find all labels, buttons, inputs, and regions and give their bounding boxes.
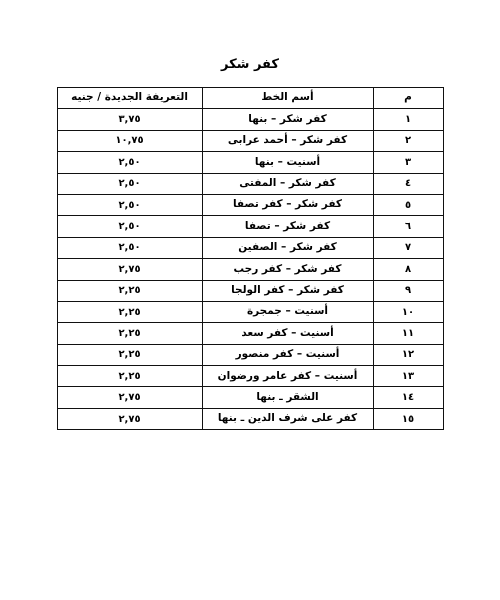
line-name-cell: كفر شكر – بنها [202,109,373,130]
table-row: ١٣أسنيت – كفر عامر ورضوان٢,٢٥ [57,366,443,387]
row-number-cell: ٤ [373,173,443,194]
fare-value-cell: ٢,٢٥ [57,344,202,365]
fare-value-cell: ٢,٧٥ [57,408,202,429]
table-row: ٦كفر شكر – تصفا٢,٥٠ [57,216,443,237]
table-row: ١كفر شكر – بنها٣,٧٥ [57,109,443,130]
row-number-cell: ٩ [373,280,443,301]
row-number-cell: ٥ [373,194,443,215]
table-row: ٩كفر شكر – كفر الولجا٢,٢٥ [57,280,443,301]
row-number-cell: ١٤ [373,387,443,408]
table-row: ٣أسنيت – بنها٢,٥٠ [57,152,443,173]
fare-value-cell: ٢,٥٠ [57,173,202,194]
column-header-number: م [373,88,443,109]
line-name-cell: كفر شكر – كفر الولجا [202,280,373,301]
line-name-cell: كفر شكر – الصفين [202,237,373,258]
table-row: ١٠أسنيت – جمجرة٢,٢٥ [57,301,443,322]
row-number-cell: ١٢ [373,344,443,365]
line-name-cell: أسنيت – بنها [202,152,373,173]
line-name-cell: كفر شكر – تصفا [202,216,373,237]
line-name-cell: أسنيت – جمجرة [202,301,373,322]
row-number-cell: ٧ [373,237,443,258]
fare-value-cell: ٢,٥٠ [57,194,202,215]
fare-value-cell: ٢,٧٥ [57,387,202,408]
row-number-cell: ١٣ [373,366,443,387]
column-header-fare: التعريفة الجديدة / جنيه [57,88,202,109]
row-number-cell: ٢ [373,130,443,151]
fare-value-cell: ٢,٢٥ [57,366,202,387]
row-number-cell: ٣ [373,152,443,173]
fare-value-cell: ٢,٥٠ [57,152,202,173]
table-row: ١٥كفر على شرف الدين ـ بنها٢,٧٥ [57,408,443,429]
table-row: ٤كفر شكر – المفتى٢,٥٠ [57,173,443,194]
line-name-cell: الشقر ـ بنها [202,387,373,408]
line-name-cell: أسنيت – كفر سعد [202,323,373,344]
line-name-cell: كفر شكر – المفتى [202,173,373,194]
row-number-cell: ١١ [373,323,443,344]
table-row: ٨كفر شكر – كفر رجب٢,٧٥ [57,259,443,280]
fare-value-cell: ٢,٢٥ [57,280,202,301]
line-name-cell: أسنيت – كفر منصور [202,344,373,365]
document-page: كفر شكر م أسم الخط التعريفة الجديدة / جن… [0,0,500,600]
table-row: ١١أسنيت – كفر سعد٢,٢٥ [57,323,443,344]
row-number-cell: ١٥ [373,408,443,429]
fare-value-cell: ١٠,٧٥ [57,130,202,151]
fare-value-cell: ٣,٧٥ [57,109,202,130]
fare-value-cell: ٢,٢٥ [57,301,202,322]
row-number-cell: ٦ [373,216,443,237]
table-row: ١٤الشقر ـ بنها٢,٧٥ [57,387,443,408]
fare-table: م أسم الخط التعريفة الجديدة / جنيه ١كفر … [57,87,444,430]
table-row: ١٢أسنيت – كفر منصور٢,٢٥ [57,344,443,365]
fare-value-cell: ٢,٧٥ [57,259,202,280]
column-header-line-name: أسم الخط [202,88,373,109]
row-number-cell: ٨ [373,259,443,280]
line-name-cell: أسنيت – كفر عامر ورضوان [202,366,373,387]
table-header-row: م أسم الخط التعريفة الجديدة / جنيه [57,88,443,109]
line-name-cell: كفر شكر – أحمد عرابى [202,130,373,151]
table-row: ٧كفر شكر – الصفين٢,٥٠ [57,237,443,258]
line-name-cell: كفر على شرف الدين ـ بنها [202,408,373,429]
table-body: ١كفر شكر – بنها٣,٧٥٢كفر شكر – أحمد عرابى… [57,109,443,430]
table-row: ٥كفر شكر – كفر تصفا٢,٥٠ [57,194,443,215]
row-number-cell: ١٠ [373,301,443,322]
line-name-cell: كفر شكر – كفر رجب [202,259,373,280]
fare-value-cell: ٢,٥٠ [57,237,202,258]
fare-value-cell: ٢,٢٥ [57,323,202,344]
page-title: كفر شكر [0,0,500,74]
row-number-cell: ١ [373,109,443,130]
line-name-cell: كفر شكر – كفر تصفا [202,194,373,215]
fare-value-cell: ٢,٥٠ [57,216,202,237]
table-row: ٢كفر شكر – أحمد عرابى١٠,٧٥ [57,130,443,151]
